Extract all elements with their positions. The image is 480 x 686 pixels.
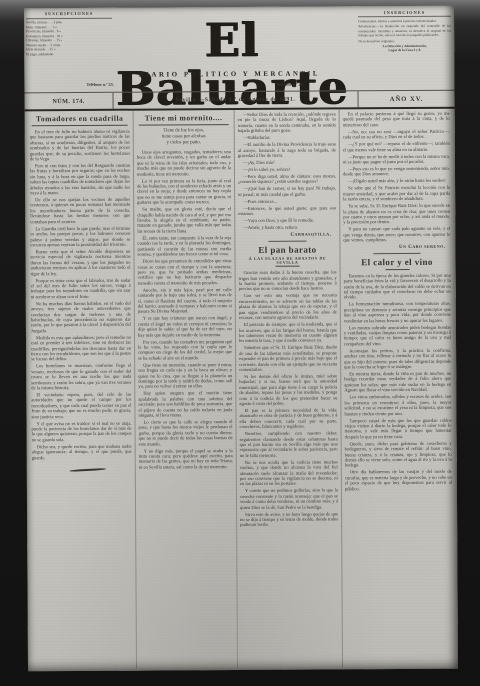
- article-calor-vino-body: Estamos en la época de los grandes calor…: [344, 272, 452, 491]
- edition-date: Sevilla.—Sábado 1.º de Agosto de 1891.: [113, 91, 357, 108]
- article-morenito-body: Unos ojos arrogantes, rasgados, tentador…: [137, 149, 233, 470]
- insertions-box: INSERCIONES Comunicados, edictos y anunc…: [358, 11, 451, 53]
- morenito-verse: Tiene de luz los ojos,tiene casas por al…: [137, 128, 231, 147]
- telephone-right: Teléfono n.º 23.: [276, 82, 303, 87]
- article-pan-barato-body: Gracias sean dadas á la buena cosecha, q…: [239, 270, 339, 528]
- issue-number: NÚM. 174.: [24, 93, 113, 110]
- article-divider: [268, 241, 306, 242]
- insertions-address-2: Lugar de la Cava 5 y 8.: [358, 48, 451, 53]
- end-flourish-dash: [70, 468, 106, 472]
- signature-carrasquilla: Carrasquilla.: [238, 232, 331, 239]
- headline-pan-barato: El pan barato: [238, 245, 336, 256]
- subtitle-rule: [276, 266, 300, 267]
- signature-cabo-sereno: Un Cabo sereno.: [343, 244, 445, 251]
- article-tomadores-body: En el mes de Julio no hubiera abono ni v…: [30, 129, 132, 461]
- headline-morenito: Tiene mi morenito....: [139, 113, 229, 126]
- headline-rule: [385, 269, 409, 270]
- newspaper-page: SUSCRIPCIONES Sevilla, un mes. . . . 2 p…: [24, 6, 458, 672]
- dateline-bar: NÚM. 174. Sevilla.—Sábado 1.º de Agosto …: [24, 90, 454, 112]
- remitido-continuation: En el palacio pusieron á qué llegó su ge…: [343, 111, 451, 243]
- headline-tomadores: Tomadores en cuadrilla: [32, 114, 128, 127]
- column-2: Tiene mi morenito.... Tiene de luz los o…: [134, 110, 238, 669]
- insertions-title: INSERCIONES: [358, 11, 451, 18]
- scanner-background: { "page": { "background": "#141414", "pa…: [0, 0, 480, 686]
- pan-barato-subtitle: Á LAS PLAZAS DE ABASTOS DE SEVILLA: [239, 256, 337, 265]
- morenito-continuation: —Señor Dios de toda la creación, ¿adónde…: [238, 111, 337, 230]
- masthead: SUSCRIPCIONES Sevilla, un mes. . . . 2 p…: [24, 6, 455, 93]
- column-3: —Señor Dios de toda la creación, ¿adónde…: [235, 109, 343, 668]
- newspaper-subtitle: DIARIO POLITICO Y MERCANTIL: [114, 70, 344, 78]
- column-4: En el palacio pusieron á qué llegó su ge…: [340, 109, 456, 668]
- headline-calor-vino: El calor y el vino: [344, 257, 451, 268]
- insertions-notices: Comunicados, edictos y anuncios á precio…: [358, 18, 451, 43]
- publication-year: AÑO XV.: [357, 91, 454, 108]
- article-divider: [373, 253, 420, 254]
- body-columns: Tomadores en cuadrilla En el mes de Juli…: [27, 109, 456, 670]
- column-1: Tomadores en cuadrilla En el mes de Juli…: [27, 111, 137, 670]
